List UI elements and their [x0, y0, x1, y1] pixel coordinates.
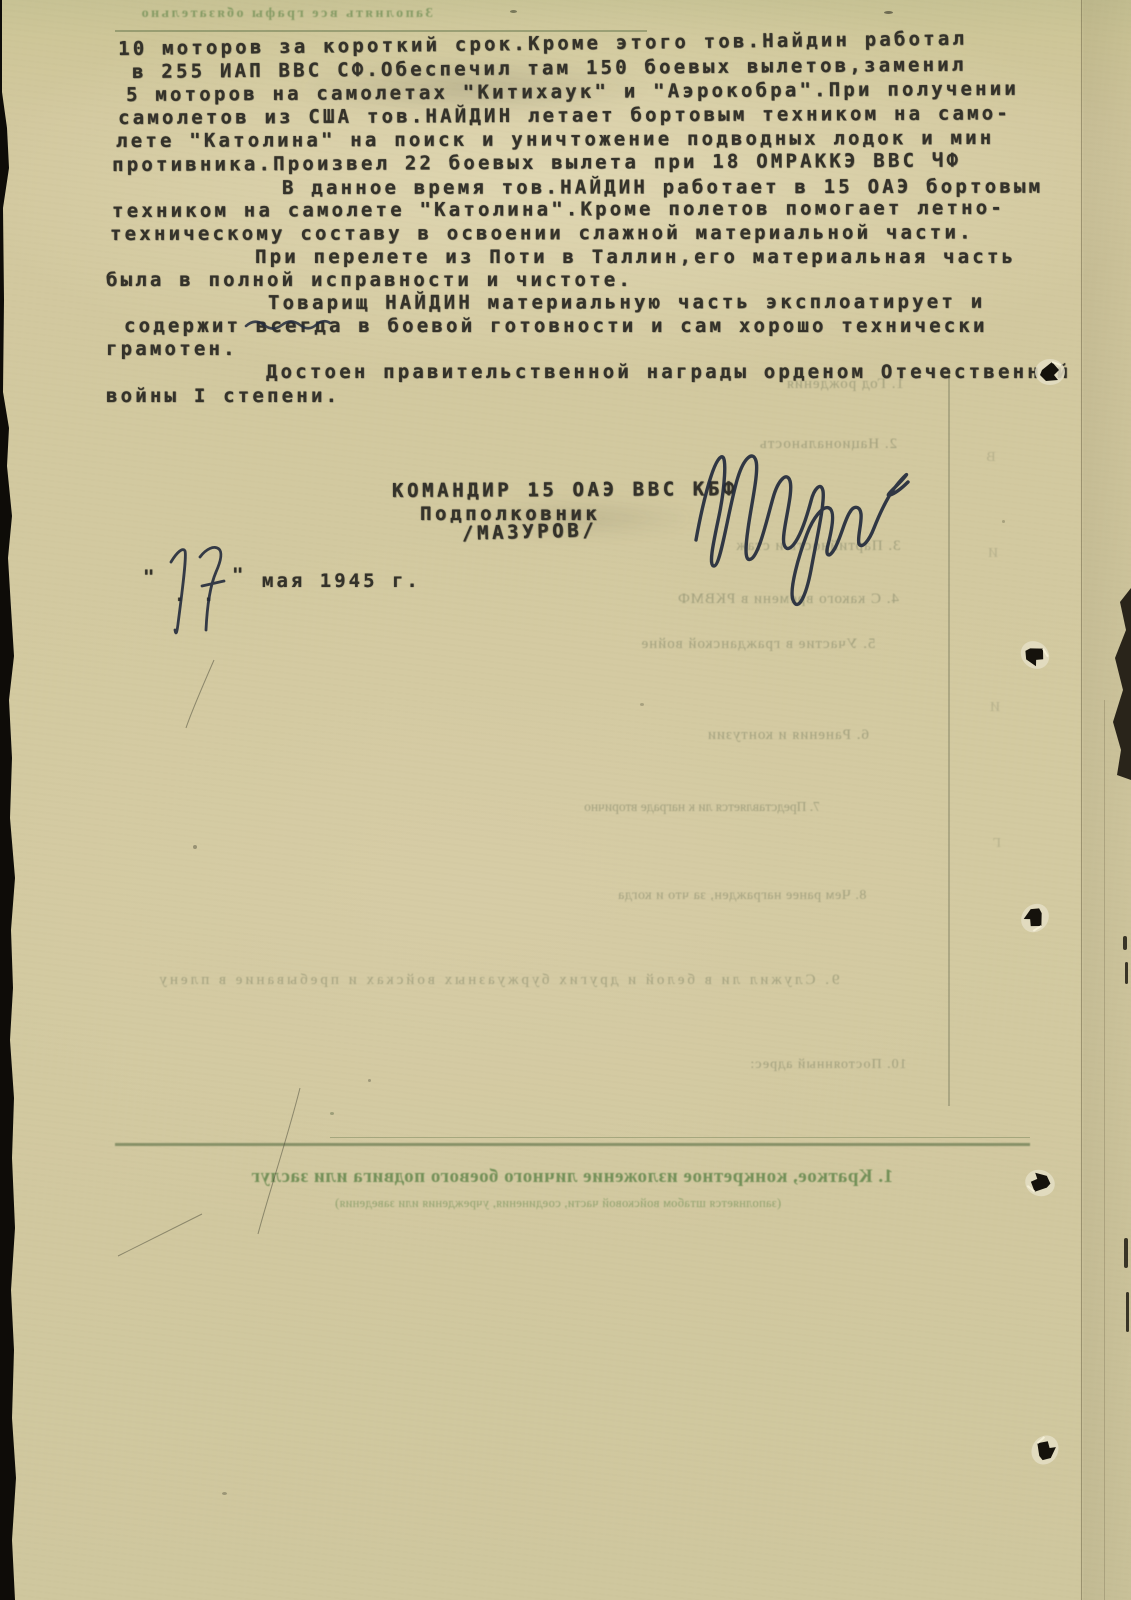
typed-line-8: техником на самолете "Католина".Кроме по…	[112, 197, 1005, 222]
date-open-quote: "	[143, 566, 157, 588]
bleedthrough-field-9: 9. Служил ли в белой и других буржуазных…	[156, 972, 839, 989]
date-month-year: мая 1945 г.	[262, 570, 421, 592]
bleedthrough-field-4: 4. С какого времени в РКВМФ	[677, 591, 899, 608]
typed-line-7: В данное время тов.НАЙДИН работает в 15 …	[282, 175, 1043, 198]
bleedthrough-field-2: 2. Национальность	[759, 436, 897, 453]
bleedthrough-field-8: 8. Чем ранее награжден, за что и когда	[618, 888, 867, 904]
bleedthrough-side-mark-2: И	[988, 546, 998, 562]
typed-line-13: содержит всегда в боевой готовности и са…	[124, 315, 988, 337]
page-crease-line-2	[1104, 700, 1105, 1600]
typed-line-16: войны I степени.	[106, 385, 340, 407]
paper-speck-8	[330, 1112, 334, 1115]
bleedthrough-table-rule	[948, 368, 950, 1106]
paper-speck-3	[193, 845, 197, 849]
paper-speck-7	[1002, 520, 1005, 523]
bleedthrough-field-6: 6. Ранения и контузии	[707, 727, 869, 744]
page-crease-line	[1081, 0, 1082, 1600]
bleedthrough-field-5: 5. Участие в гражданской войне	[641, 636, 876, 653]
bleedthrough-stamp: Заполнять все графы обязательно	[139, 6, 433, 22]
paper-speck-5	[222, 1492, 227, 1495]
bleedthrough-bottom-rule	[115, 1143, 1030, 1146]
typed-line-11: была в полной исправности и чистоте.	[106, 269, 633, 291]
bleedthrough-bottom-rule-2	[330, 1137, 1030, 1138]
bleedthrough-side-mark-4: Г	[993, 836, 1001, 852]
bleedthrough-bottom-subheading: (заполняется штабом войсковой части, сое…	[335, 1196, 781, 1211]
bleedthrough-side-mark-1: В	[986, 450, 995, 466]
paper-speck-4	[368, 1079, 371, 1082]
paper-speck-1	[510, 10, 517, 13]
scanned-document: Заполнять все графы обязательно 10 мотор…	[0, 0, 1131, 1600]
bleedthrough-field-3: 3. Партийность и стаж	[735, 538, 900, 555]
typed-line-9: техническому составу в освоении слажной …	[110, 221, 974, 245]
commander-name-line: /МАЗУРОВ/	[462, 519, 598, 545]
typed-line-14: грамотен.	[106, 338, 238, 360]
bleedthrough-side-mark-3: И	[990, 700, 1000, 716]
bleedthrough-field-7: 7. Представляется ли к награде вторично	[584, 799, 820, 815]
bleedthrough-field-10: 10. Постоянный адрес:	[749, 1057, 906, 1073]
date-close-quote: "	[232, 564, 246, 586]
typed-line-5: лете "Католина" на поиск и уничтожение п…	[116, 127, 994, 152]
paper-speck-2	[884, 11, 893, 14]
typed-line-6: противника.Произвел 22 боевых вылета при…	[112, 149, 961, 175]
paper-speck-6	[640, 703, 644, 706]
date-dots: . .	[174, 584, 217, 606]
bleedthrough-bottom-heading: 1. Краткое, конкретное изложение личного…	[251, 1166, 893, 1188]
commander-title-line: КОМАНДИР 15 ОАЭ ВВС КБФ	[392, 478, 738, 502]
typed-line-12: Товарищ НАЙДИН материальную часть экспло…	[268, 291, 985, 314]
typed-line-15: Достоен правительственной награды ордено…	[266, 361, 1071, 383]
typed-line-10: При перелете из Поти в Таллин,его матери…	[255, 246, 1016, 268]
